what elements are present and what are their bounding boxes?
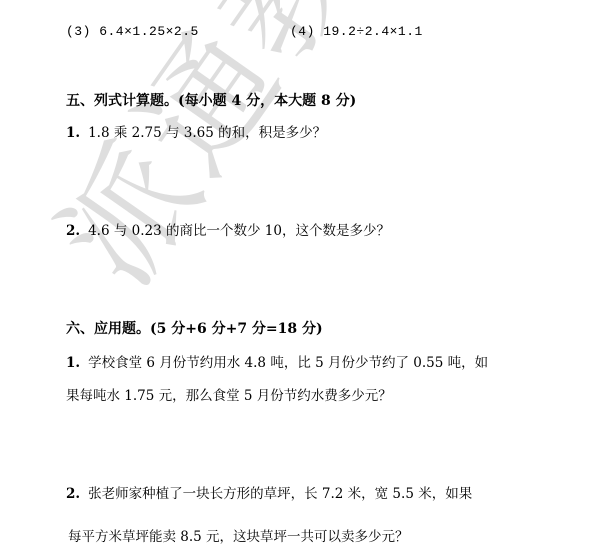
- section-6-heading: 六、应用题。(5 分+6 分+7 分=18 分): [66, 318, 323, 338]
- section-5-heading: 五、列式计算题。(每小题 4 分，本大题 8 分): [66, 90, 356, 110]
- question-number: 1.: [66, 355, 80, 371]
- question-number: 2.: [66, 486, 80, 502]
- section-5-question-2: 2.4.6 与 0.23 的商比一个数少 10，这个数是多少？: [66, 219, 390, 239]
- section-6-question-2-line-2: 每平方米草坪能卖 8.5 元，这块草坪一共可以卖多少元？: [68, 525, 409, 545]
- question-text: 张老师家种植了一块长方形的草坪，长 7.2 米，宽 5.5 米，如果: [88, 486, 472, 502]
- question-number: 2.: [66, 223, 80, 239]
- section-6-question-1-line-2: 果每吨水 1.75 元，那么食堂 5 月份节约水费多少元？: [66, 384, 392, 404]
- question-number: 1.: [66, 125, 80, 141]
- question-text: 1.8 乘 2.75 与 3.65 的和，积是多少？: [88, 125, 326, 141]
- question-text: 4.6 与 0.23 的商比一个数少 10，这个数是多少？: [88, 223, 390, 239]
- question-text: 学校食堂 6 月份节约用水 4.8 吨，比 5 月份少节约了 0.55 吨，如: [88, 355, 488, 371]
- section-6-question-1-line-1: 1.学校食堂 6 月份节约用水 4.8 吨，比 5 月份少节约了 0.55 吨，…: [66, 351, 488, 371]
- expression-4: (4) 19.2÷2.4×1.1: [290, 24, 423, 39]
- section-6-question-2-line-1: 2.张老师家种植了一块长方形的草坪，长 7.2 米，宽 5.5 米，如果: [66, 482, 472, 502]
- watermark: 派通教育: [40, 0, 491, 305]
- expression-3: (3) 6.4×1.25×2.5: [66, 24, 199, 39]
- section-5-question-1: 1.1.8 乘 2.75 与 3.65 的和，积是多少？: [66, 121, 326, 141]
